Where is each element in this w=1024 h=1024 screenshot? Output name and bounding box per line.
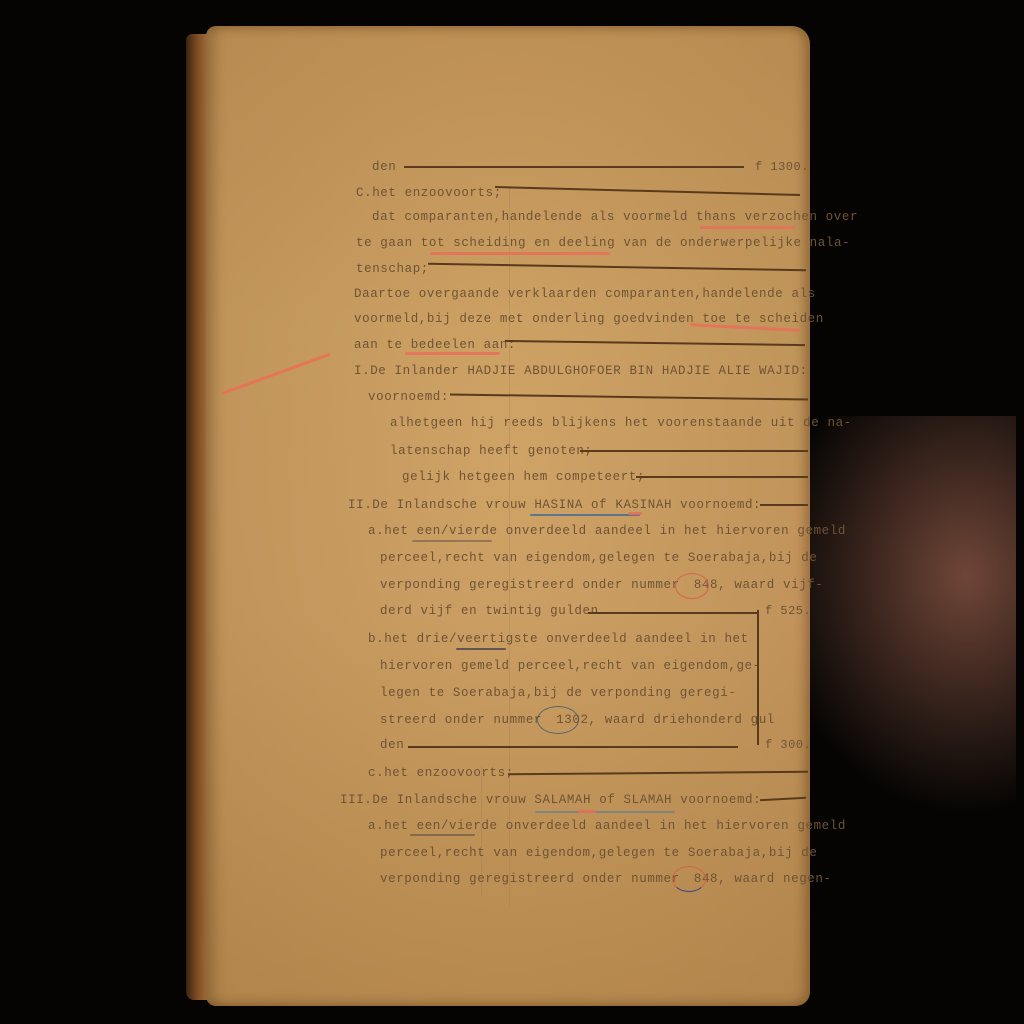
text-line: b.het drie/veertigste onverdeeld aandeel… — [368, 628, 749, 650]
text-line: te gaan tot scheiding en deeling van de … — [356, 232, 850, 254]
line-text: tenschap; — [356, 262, 429, 276]
line-text: a.het een/vierde onverdeeld aandeel in h… — [368, 819, 846, 833]
text-line: den — [372, 156, 396, 178]
red-blue-circle-mark — [672, 866, 706, 892]
line-text: gelijk hetgeen hem competeert; — [402, 470, 645, 484]
line-text: den — [372, 160, 396, 174]
line-text: legen te Soerabaja,bij de verponding ger… — [380, 686, 736, 700]
text-line: latenschap heeft genoten; — [390, 440, 593, 462]
text-line: I.De Inlander HADJIE ABDULGHOFOER BIN HA… — [354, 360, 808, 382]
line-text: aan te bedeelen aan: — [354, 338, 516, 352]
pencil-underline — [412, 540, 492, 542]
text-line: voornoemd: — [368, 386, 449, 408]
fill-rule — [588, 612, 758, 614]
amount: f 300. — [765, 738, 811, 752]
text-line: verponding geregistreerd onder nummer 84… — [380, 574, 824, 596]
text-line: III.De Inlandsche vrouw SALAMAH of SLAMA… — [340, 789, 761, 811]
text-line: legen te Soerabaja,bij de verponding ger… — [380, 682, 736, 704]
fill-rule — [760, 504, 808, 506]
line-text: a.het een/vierde onverdeeld aandeel in h… — [368, 524, 846, 538]
text-line: hiervoren gemeld perceel,recht van eigen… — [380, 655, 761, 677]
line-text: hiervoren gemeld perceel,recht van eigen… — [380, 659, 761, 673]
line-text: b.het drie/veertigste onverdeeld aandeel… — [368, 632, 749, 646]
line-text: Daartoe overgaande verklaarden comparant… — [354, 287, 816, 301]
line-text: alhetgeen hij reeds blijkens het voorens… — [390, 416, 852, 430]
text-line: a.het een/vierde onverdeeld aandeel in h… — [368, 520, 846, 542]
blue-circle-mark — [537, 706, 579, 734]
pencil-underline — [456, 648, 506, 650]
blue-underline — [530, 514, 640, 516]
line-text: verponding geregistreerd onder nummer — [380, 872, 680, 886]
fill-rule — [404, 166, 744, 168]
line-text: perceel,recht van eigendom,gelegen te So… — [380, 846, 817, 860]
text-line: II.De Inlandsche vrouw HASINA of KASINAH… — [348, 494, 761, 516]
text-line: alhetgeen hij reeds blijkens het voorens… — [390, 412, 852, 434]
text-line: gelijk hetgeen hem competeert; — [402, 466, 645, 488]
amount: f 525. — [765, 604, 811, 618]
line-text: derd vijf en twintig gulden — [380, 604, 599, 618]
line-text: C.het enzoovoorts; — [356, 186, 502, 200]
line-text: waard vijf- — [734, 578, 823, 592]
bracket-line — [757, 610, 759, 745]
text-line: c.het enzoovoorts; — [368, 762, 514, 784]
pencil-underline — [410, 834, 475, 836]
fill-rule — [580, 450, 808, 452]
line-text: III.De Inlandsche vrouw SALAMAH of SLAMA… — [340, 793, 761, 807]
line-text: latenschap heeft genoten; — [390, 444, 593, 458]
line-text: verponding geregistreerd onder nummer — [380, 578, 680, 592]
text-line: den — [380, 734, 404, 756]
red-underline — [700, 226, 795, 229]
line-text: I.De Inlander HADJIE ABDULGHOFOER BIN HA… — [354, 364, 808, 378]
blue-underline — [535, 811, 675, 813]
line-text: waard driehonderd gul — [605, 713, 775, 727]
text-line: dat comparanten,handelende als voormeld … — [372, 206, 858, 228]
red-underline — [578, 810, 596, 813]
line-text: perceel,recht van eigendom,gelegen te So… — [380, 551, 817, 565]
line-text: den — [380, 738, 404, 752]
line-text: II.De Inlandsche vrouw HASINA of KASINAH… — [348, 498, 761, 512]
text-line: C.het enzoovoorts; — [356, 182, 502, 204]
red-underline — [430, 252, 610, 255]
line-text: waard negen- — [734, 872, 831, 886]
text-line: Daartoe overgaande verklaarden comparant… — [354, 283, 816, 305]
line-text: voormeld,bij deze met onderling goedvind… — [354, 312, 824, 326]
red-underline — [405, 352, 500, 355]
red-circle-mark — [675, 573, 709, 599]
fill-rule — [636, 476, 808, 478]
text-line: tenschap; — [356, 258, 429, 280]
line-text: voornoemd: — [368, 390, 449, 404]
text-line: perceel,recht van eigendom,gelegen te So… — [380, 547, 817, 569]
line-text: c.het enzoovoorts; — [368, 766, 514, 780]
text-line: perceel,recht van eigendom,gelegen te So… — [380, 842, 817, 864]
line-text: dat comparanten,handelende als voormeld … — [372, 210, 858, 224]
text-line: verponding geregistreerd onder nummer 84… — [380, 868, 832, 890]
fill-rule — [408, 746, 738, 748]
amount: f 1300. — [755, 160, 809, 174]
red-underline — [628, 512, 642, 515]
line-text: streerd onder nummer — [380, 713, 542, 727]
line-text: te gaan tot scheiding en deeling van de … — [356, 236, 850, 250]
text-line: derd vijf en twintig gulden — [380, 600, 599, 622]
